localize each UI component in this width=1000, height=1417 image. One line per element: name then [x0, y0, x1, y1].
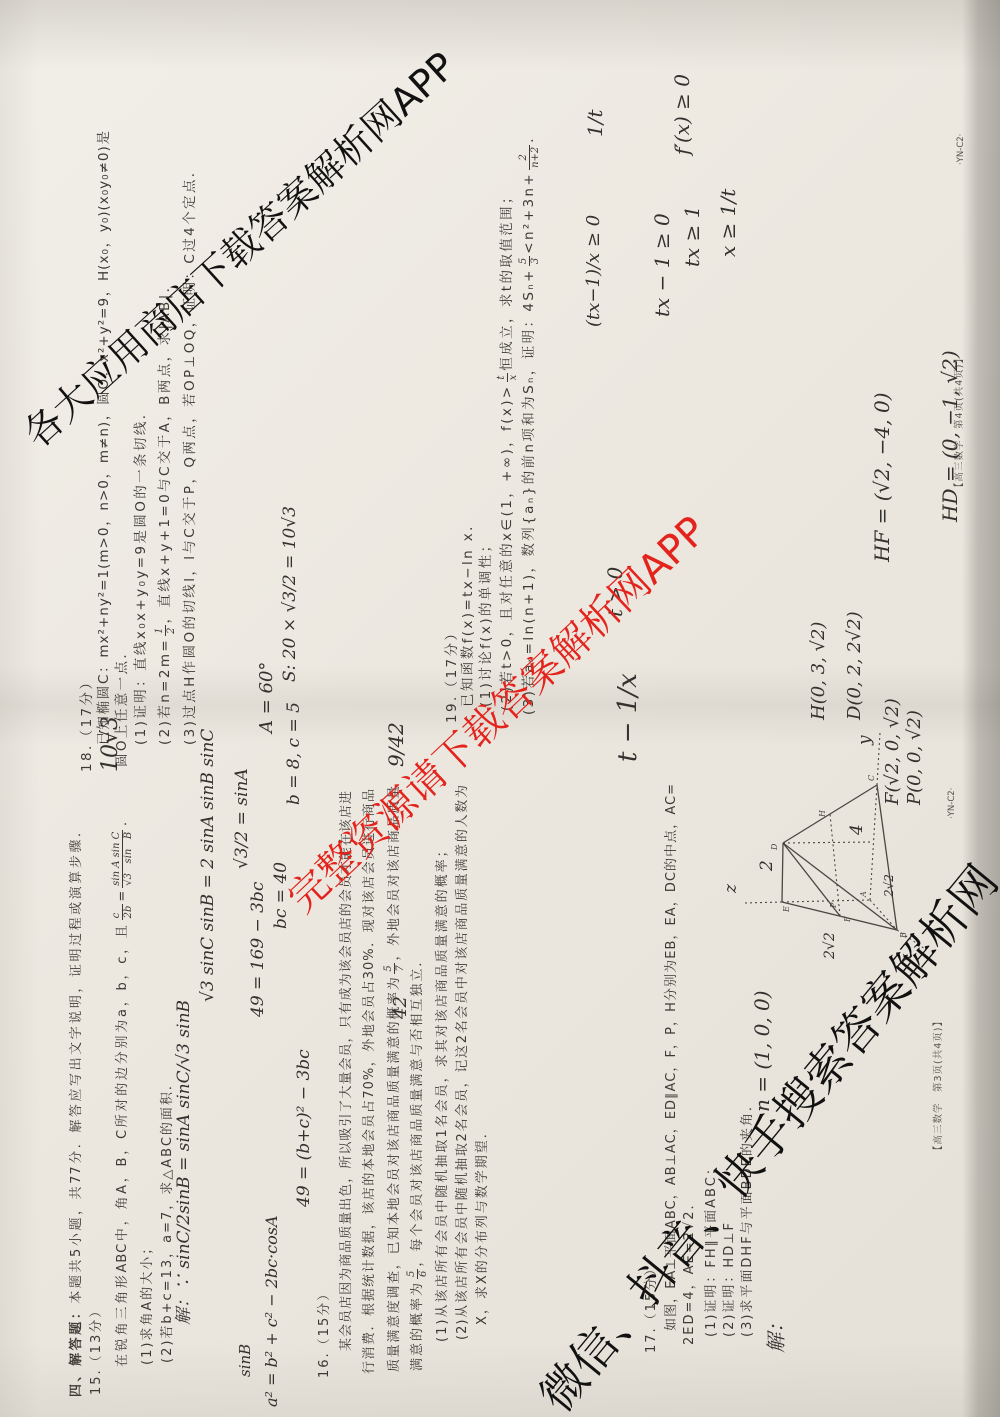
- q16-fraction-5-6: 56: [406, 1269, 429, 1279]
- edge-EA-dashed: [782, 900, 870, 902]
- handwriting-q15-step: √3/2 = sinA: [234, 768, 251, 869]
- edge-FH-dashed: [830, 814, 840, 916]
- edge-DM-dashed: [783, 842, 873, 843]
- q16-fraction-5-7: 57: [383, 963, 406, 973]
- fraction-numerator: 2: [518, 145, 530, 170]
- q15-label: 15.（13分）: [89, 1303, 105, 1395]
- handwriting-q17-vector: HD = (0, −1, √2): [940, 350, 960, 522]
- equals-sign: =: [115, 890, 130, 902]
- q19-label: 19.（17分）: [444, 625, 460, 723]
- point-label-H: H: [818, 809, 827, 818]
- point-label-C: C: [867, 775, 876, 781]
- handwriting-q17-coordinate: H(0, 3, √2): [810, 622, 828, 720]
- page3-footer: 【高三数学 第3页(共4页)】: [930, 1016, 944, 1155]
- fraction-numerator: t: [496, 373, 508, 383]
- q18-label: 18.（17分）: [79, 674, 95, 772]
- exam-paper-photo: 四、解答题：本题共5小题，共77分．解答应写出文字说明，证明过程或演算步骤． 1…: [0, 0, 1000, 1417]
- q18-part2-prefix: (2)若n=2m=: [157, 638, 173, 745]
- handwriting-q15-step: √3 sinC sinB = 2 sinA sinB sinC: [200, 729, 217, 1002]
- fraction-numerator: 5: [518, 256, 530, 266]
- q16-line4-suffix: ，每个会员对该店商品质量满意与否相互独立．: [410, 952, 425, 1267]
- fraction-numerator: 1: [154, 625, 166, 635]
- edge-DE: [782, 843, 783, 902]
- fraction-numerator: 5: [383, 963, 395, 973]
- q19-part3-suffix: ．: [521, 127, 537, 143]
- q16-line2: 行消费．根据统计数据，该店的本地会员占70%，外地会员占30%．现对该店会员进行…: [362, 788, 378, 1374]
- handwriting-q19-step: tx − 1 ≥ 0: [652, 213, 672, 317]
- handwriting-q15-step: b = 8, c = 5: [286, 702, 303, 805]
- q17-part2: (2)证明：HD⊥F: [722, 1221, 738, 1337]
- handwriting-q15-step: S: 20 × √3/2 = 10√3: [282, 506, 299, 682]
- handwriting-q17-vector: HF = (√2, −4, 0): [872, 392, 892, 562]
- q18-line1: 已知椭圆C：mx²+ny²=1(m>0，n>0，m≠n)，圆O：x²+y²=9，…: [96, 130, 112, 745]
- q19-part2-suffix: 恒成立，求t的取值范围；: [499, 188, 515, 371]
- page4-code: ·YN-C2·: [956, 134, 966, 165]
- section-heading: 四、解答题：本题共5小题，共77分．解答应写出文字说明，证明过程或演算步骤．: [69, 823, 85, 1397]
- handwriting-q17-solution-start: 解：: [766, 1313, 786, 1353]
- edge-DB: [783, 843, 897, 930]
- hw-ac-length: 4: [847, 824, 867, 836]
- handwriting-q19-step: 1/t: [585, 110, 605, 138]
- q16-line3-prefix: 质量满意度调查，已知本地会员对该店商品质量满意的概率为: [387, 976, 402, 1372]
- fraction-denominator: 2: [166, 625, 177, 635]
- handwriting-q15-step: 解：∵ sinC/2sinB = sinA sinC/√3 sinB: [176, 1000, 193, 1325]
- q15-fraction-sines: sin A sin C√3 sin B: [111, 830, 134, 888]
- q19-stem: 已知函数f(x)=tx−ln x．: [460, 515, 476, 707]
- q19-part2: (2)若t>0，且对任意的x∈(1，+∞)，f(x)>tx恒成立，求t的取值范围…: [495, 188, 519, 711]
- q16-line4-prefix: 满意的概率为: [410, 1281, 425, 1371]
- q19-fraction-2-n-plus-2: 2n+2: [518, 145, 541, 170]
- edge-AC-dashed: [870, 785, 877, 900]
- y-axis-dashed: [877, 733, 880, 785]
- fraction-denominator: 6: [418, 1269, 429, 1279]
- q15-part1: (1)求角A的大小；: [140, 1240, 156, 1365]
- edge-CB: [877, 785, 897, 930]
- fraction-denominator: 2b: [123, 904, 134, 921]
- handwriting-q16-step: 42: [392, 996, 410, 1019]
- section-heading-rest: 本题共5小题，共77分．解答应写出文字说明，证明过程或演算步骤．: [69, 823, 84, 1304]
- hw-eb-length: 2√2: [822, 932, 838, 960]
- point-label-E: E: [782, 906, 791, 913]
- handwriting-q15-step: sinB: [238, 1344, 253, 1377]
- hw-z-axis-label: z: [721, 883, 741, 894]
- handwriting-q19-step: t − 1/x: [615, 673, 641, 762]
- q18-fraction-1-2: 12: [154, 625, 177, 635]
- handwriting-q19-step: tx ≥ 1: [682, 205, 702, 267]
- fraction-numerator: 5: [406, 1269, 418, 1279]
- hw-ed-length: 2: [757, 860, 777, 872]
- handwriting-q15-step: a² = b² + c² − 2bc·cosA: [264, 1215, 280, 1407]
- point-label-A: A: [859, 891, 868, 898]
- q15-stem-suffix: ．: [115, 812, 130, 828]
- q15-stem-prefix: 在锐角三角形ABC中，角A，B，C所对的边分别为a，b，c，且: [115, 922, 130, 1367]
- q16-part1: (1)从该店所有会员中随机抽取1名会员，求其对该店商品质量满意的概率；: [435, 842, 451, 1342]
- q19-fraction-t-x: tx: [496, 373, 519, 383]
- q19-part2-prefix: (2)若t>0，且对任意的x∈(1，+∞)，f(x)>: [499, 384, 515, 711]
- q18-part1: (1)证明：直线x₀x+y₀y=9是圆O的一条切线．: [133, 403, 149, 745]
- handwriting-q17-coordinate: D(0, 2, 2√2): [846, 611, 864, 720]
- fraction-denominator: 3: [530, 256, 541, 266]
- hw-ab-length: 2√2: [882, 874, 896, 898]
- fraction-numerator: c: [111, 904, 123, 921]
- fraction-denominator: 7: [395, 963, 406, 973]
- fraction-denominator: n+2: [530, 145, 541, 170]
- page3-code: ·YN-C2·: [947, 788, 957, 819]
- point-label-D: D: [770, 843, 779, 851]
- q16-part2: (2)从该店所有会员中随机抽取2名会员，记这2名会员中对该店商品质量满意的人数为: [455, 784, 471, 1340]
- handwriting-q19-step: x ≥ 1/t: [718, 189, 738, 257]
- q16-label: 16.（15分）: [317, 1286, 333, 1378]
- handwriting-q15-step: A = 60°: [258, 662, 276, 733]
- handwriting-q19-step: (tx−1)/x ≥ 0: [585, 215, 603, 327]
- fraction-denominator: √3 sin B: [123, 830, 134, 888]
- handwriting-q15-step: 49 = (b+c)² − 3bc: [296, 1049, 313, 1207]
- q19-part3-middle: <n²+3n+: [521, 172, 537, 254]
- point-label-P: P: [829, 902, 838, 909]
- q19-fraction-5-3: 53: [518, 256, 541, 266]
- handwriting-q16-step: 9/42: [386, 722, 406, 767]
- z-axis-dashed: [745, 902, 782, 903]
- handwriting-q17-coordinate: F(√2, 0, √2): [884, 698, 902, 805]
- point-label-F: F: [843, 916, 852, 923]
- handwriting-q17-coordinate: P(0, 0, √2): [906, 710, 924, 805]
- q16-line3: 质量满意度调查，已知本地会员对该店商品质量满意的概率为57，外地会员对该店商品质…: [383, 785, 407, 1372]
- fraction-numerator: sin A sin C: [111, 830, 123, 888]
- handwriting-q19-step: f′(x) ≥ 0: [672, 74, 692, 155]
- q16-part2-continued: X，求X的分布列与数学期望．: [475, 1123, 491, 1325]
- q15-fraction-c-over-2b: c2b: [111, 904, 134, 921]
- handwriting-q15-step: 49 = 169 − 3bc: [250, 882, 267, 1017]
- q18-part3: (3)过点H作圆O的切线l，l与C交于P，Q两点，若OP⊥OQ，证明：C过4个定…: [182, 161, 198, 745]
- q15-stem: 在锐角三角形ABC中，角A，B，C所对的边分别为a，b，c，且c2b=sin A…: [111, 812, 135, 1367]
- q19-part3: (3)若aₙ=ln(n+1)，数列{aₙ}的前n项和为Sₙ，证明：4Sₙ+53<…: [517, 127, 541, 715]
- handwriting-q15-answer: 10√3: [100, 716, 122, 772]
- q19-part1: (1)讨论f(x)的单调性；: [478, 537, 494, 708]
- hw-y-axis-label: y: [855, 735, 875, 746]
- section-heading-bold: 四、解答题：: [69, 1304, 84, 1397]
